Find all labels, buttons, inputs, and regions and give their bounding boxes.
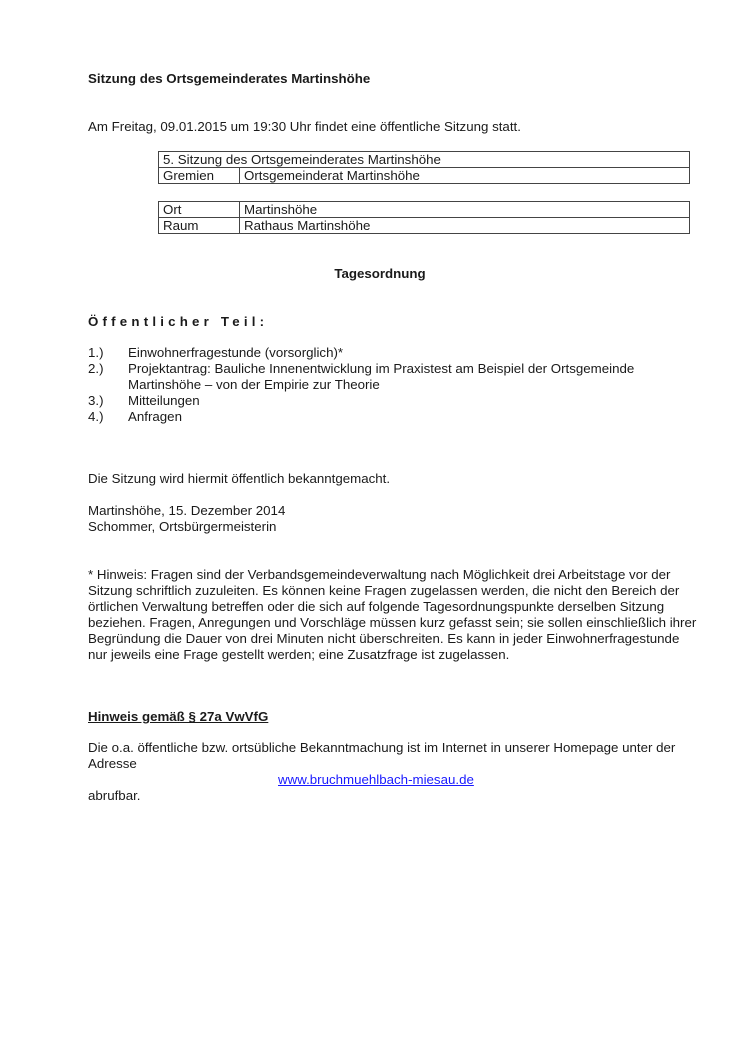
session-table-value: Ortsgemeinderat Martinshöhe: [240, 168, 690, 184]
agenda-number: 1.): [88, 345, 128, 361]
location-table: Ort Martinshöhe Raum Rathaus Martinshöhe: [158, 201, 690, 234]
location-table-label: Ort: [159, 202, 240, 218]
section-heading: Öffentlicher Teil:: [88, 314, 268, 330]
agenda-heading: Tagesordnung: [0, 266, 742, 282]
agenda-text: Mitteilungen: [128, 393, 688, 409]
signer: Schommer, Ortsbürgermeisterin: [88, 519, 276, 535]
agenda-text: Projektantrag: Bauliche Innenentwicklung…: [128, 361, 688, 393]
place-date: Martinshöhe, 15. Dezember 2014: [88, 503, 285, 519]
location-table-label: Raum: [159, 218, 240, 234]
location-table-value: Martinshöhe: [240, 202, 690, 218]
location-table-value: Rathaus Martinshöhe: [240, 218, 690, 234]
session-table-label: Gremien: [159, 168, 240, 184]
agenda-list: 1.) Einwohnerfragestunde (vorsorglich)* …: [88, 345, 688, 425]
session-table-header: 5. Sitzung des Ortsgemeinderates Martins…: [159, 152, 690, 168]
meeting-intro: Am Freitag, 09.01.2015 um 19:30 Uhr find…: [88, 119, 521, 135]
list-item: 3.) Mitteilungen: [88, 393, 688, 409]
agenda-text: Einwohnerfragestunde (vorsorglich)*: [128, 345, 688, 361]
list-item: 2.) Projektantrag: Bauliche Innenentwick…: [88, 361, 688, 393]
document-title: Sitzung des Ortsgemeinderates Martinshöh…: [88, 71, 370, 87]
session-table: 5. Sitzung des Ortsgemeinderates Martins…: [158, 151, 690, 184]
table-row: Gremien Ortsgemeinderat Martinshöhe: [159, 168, 690, 184]
list-item: 4.) Anfragen: [88, 409, 688, 425]
homepage-link[interactable]: www.bruchmuehlbach-miesau.de: [278, 772, 474, 788]
announcement: Die Sitzung wird hiermit öffentlich beka…: [88, 471, 390, 487]
agenda-number: 2.): [88, 361, 128, 393]
agenda-number: 4.): [88, 409, 128, 425]
list-item: 1.) Einwohnerfragestunde (vorsorglich)*: [88, 345, 688, 361]
hint-heading: Hinweis gemäß § 27a VwVfG: [88, 709, 268, 725]
table-row: Ort Martinshöhe: [159, 202, 690, 218]
link-suffix: abrufbar.: [88, 788, 141, 804]
agenda-text: Anfragen: [128, 409, 688, 425]
footnote: * Hinweis: Fragen sind der Verbandsgemei…: [88, 567, 698, 663]
agenda-number: 3.): [88, 393, 128, 409]
table-row: Raum Rathaus Martinshöhe: [159, 218, 690, 234]
hint-text: Die o.a. öffentliche bzw. ortsübliche Be…: [88, 740, 688, 772]
